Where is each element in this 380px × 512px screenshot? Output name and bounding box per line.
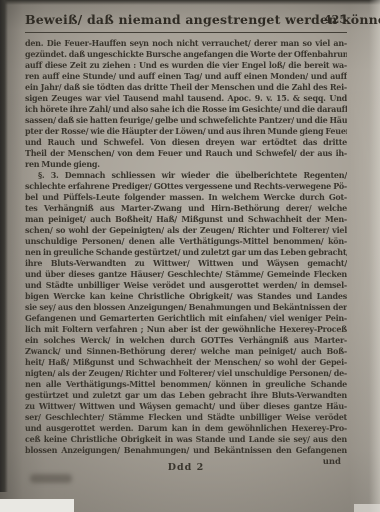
- text-line: ceß keine Christliche Obrigkeit in was S…: [25, 434, 347, 445]
- text-line: Gefangenen und Gemarterten Gerichtlich m…: [25, 313, 347, 324]
- text-line: nen in greuliche Schande gestürtzet/ und…: [25, 247, 347, 258]
- text-line: ihre Bluts-Verwandten zu Wittwer/ Wittwe…: [25, 258, 347, 269]
- text-line: auff diese Zeit zu ziehen : Und es wurde…: [25, 60, 347, 71]
- paragraph-section-3: §. 3. Demnach schliessen wir wieder die …: [25, 170, 347, 456]
- text-line: nen alle Verthätigungs-Mittel benommen/ …: [25, 379, 347, 390]
- scan-edge-right: [369, 0, 380, 512]
- running-header: Beweiß/ daß niemand angestrenget werden …: [25, 12, 347, 30]
- signature-mark: Ddd 2: [25, 462, 347, 473]
- text-line: nigten/ als der Zeugen/ Richter und Folt…: [25, 368, 347, 379]
- scan-edge-left: [0, 0, 8, 492]
- scan-edge-top: [0, 0, 380, 5]
- text-line: ein Jahr/ daß sie tödten das dritte Thei…: [25, 82, 347, 93]
- paragraph-continuation: den. Die Feuer-Hauffen seyn noch nicht v…: [25, 38, 347, 170]
- text-line: bel und Püffels-Leute folgender massen. …: [25, 192, 347, 203]
- page-content: Beweiß/ daß niemand angestrenget werden …: [25, 12, 347, 473]
- text-line: bigen Wercke kan keine Christliche Obrig…: [25, 291, 347, 302]
- text-line: ren Munde gieng.: [25, 159, 347, 170]
- text-line: heit/ Haß/ Mißgunst und Schwachheit der …: [25, 357, 347, 368]
- text-line: gezündet. daß ungeschickte Bursche angef…: [25, 49, 347, 60]
- text-line: den. Die Feuer-Hauffen seyn noch nicht v…: [25, 38, 347, 49]
- catchword: und: [323, 457, 341, 467]
- scan-corner-bottom-left: [0, 499, 74, 512]
- text-line: pter der Rosse/ wie die Häupter der Löwe…: [25, 126, 347, 137]
- text-line: blossen Anzeigungen/ Benahmungen/ und Be…: [25, 445, 347, 456]
- text-line: zu Wittwer/ Wittwen und Wäysen gemacht/ …: [25, 401, 347, 412]
- ink-smudge: [30, 474, 72, 483]
- scan-corner-bottom-right: [354, 504, 380, 512]
- text-line: und über dieses gantze Häuser/ Geschlech…: [25, 269, 347, 280]
- scanned-book-page: Beweiß/ daß niemand angestrenget werden …: [0, 0, 380, 512]
- text-line: und Städte unbilliger Weise verödet und …: [25, 280, 347, 291]
- page-number: 425: [324, 13, 347, 26]
- text-line: ren auff eine Stunde/ und auff einen Tag…: [25, 71, 347, 82]
- text-line: unschuldige Personen/ denen alle Verthät…: [25, 236, 347, 247]
- text-line: Theil der Menschen/ von dem Feuer und Ra…: [25, 148, 347, 159]
- text-line: ser/ Geschlechter/ Stämme Flecken und St…: [25, 412, 347, 423]
- text-line: lich mit Foltern verfahren ; Nun aber is…: [25, 324, 347, 335]
- text-line: und ausgerottet werden. Darum kan in dem…: [25, 423, 347, 434]
- running-header-title: Beweiß/ daß niemand angestrenget werden …: [25, 12, 319, 27]
- header-rule: [25, 32, 347, 33]
- body-text: den. Die Feuer-Hauffen seyn noch nicht v…: [25, 38, 347, 456]
- text-line: man peiniget/ auch Boßheit/ Haß/ Mißguns…: [25, 214, 347, 225]
- text-line: schlechte erfahrene Prediger/ GOttes ver…: [25, 181, 347, 192]
- text-line: sigen Zeuges war viel Tausend mahl tause…: [25, 93, 347, 104]
- text-line: sassen/ daß sie hatten feurige/ gelbe un…: [25, 115, 347, 126]
- page-footer: Ddd 2 und: [25, 457, 347, 473]
- text-line: tes Verhängniß aus Marter-Zwang und Hirn…: [25, 203, 347, 214]
- text-line: §. 3. Demnach schliessen wir wieder die …: [25, 170, 347, 181]
- text-line: ein solches Werck/ in welchen durch GOTT…: [25, 335, 347, 346]
- text-line: und Rauch und Schwefel. Von diesen dreye…: [25, 137, 347, 148]
- text-line: ich hörete ihre Zahl/ und also sahe ich …: [25, 104, 347, 115]
- text-line: sie sey/ aus den blossen Anzeigungen/ Be…: [25, 302, 347, 313]
- text-line: gestürtzet und zuletzt gar um das Leben …: [25, 390, 347, 401]
- text-line: schen/ so wohl der Gepeinigten/ als der …: [25, 225, 347, 236]
- text-line: Zwanck/ und Sinnen-Bethörung derer/ welc…: [25, 346, 347, 357]
